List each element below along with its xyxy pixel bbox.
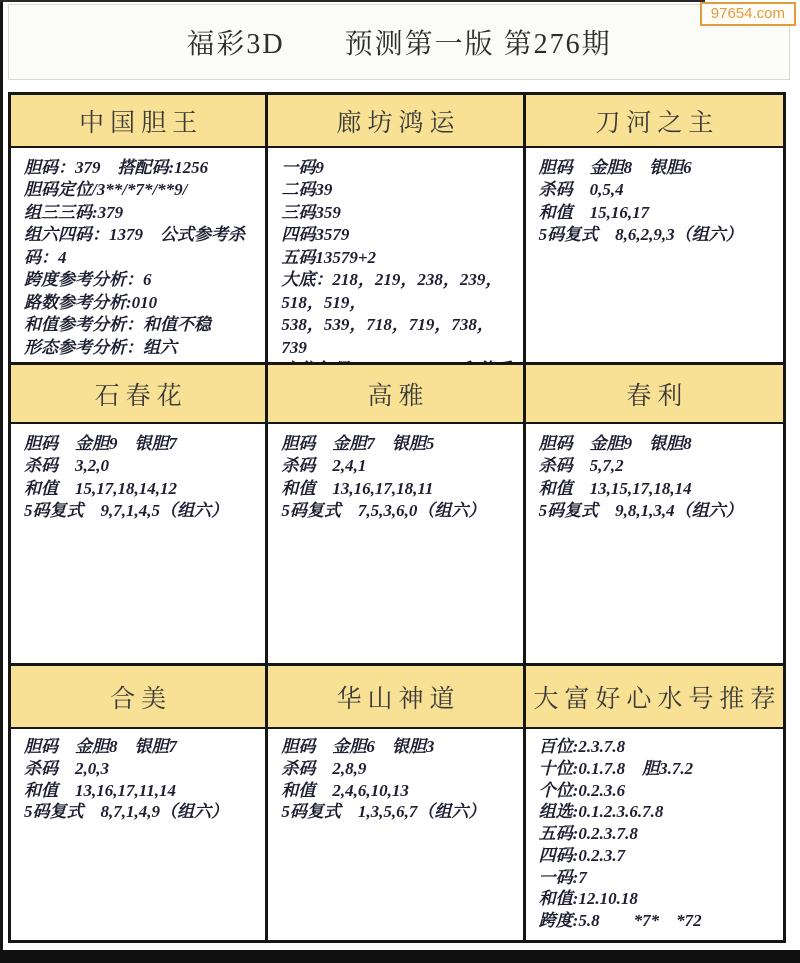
prediction-line: 五码13579+2 bbox=[281, 247, 514, 269]
cell-title: 石春花 bbox=[11, 365, 265, 424]
prediction-line: 四码3579 bbox=[281, 224, 514, 246]
prediction-line: 538，539，718，719，738，739 bbox=[281, 314, 514, 359]
prediction-line: 5码复式 1,3,5,6,7（组六） bbox=[281, 801, 514, 823]
prediction-line: 跨度:5.8 *7* *72 bbox=[539, 910, 775, 932]
cell-title: 高雅 bbox=[268, 365, 522, 424]
prediction-line: 胆码 金胆8 银胆6 bbox=[539, 157, 775, 179]
cell-title: 中国胆王 bbox=[11, 95, 265, 148]
prediction-line: 胆码 金胆6 银胆3 bbox=[281, 736, 514, 758]
prediction-line: 路数参考分析:010 bbox=[24, 292, 257, 314]
cell-body: 胆码 金胆7 银胆5杀码 2,4,1和值 13,16,17,18,115码复式 … bbox=[268, 424, 522, 663]
prediction-line: 三码359 bbox=[281, 202, 514, 224]
cell-title: 华山神道 bbox=[268, 666, 522, 729]
prediction-line: 胆码 金胆9 银胆8 bbox=[539, 433, 775, 455]
prediction-line: 胆码 金胆8 银胆7 bbox=[24, 736, 257, 758]
cell-body: 胆码 金胆8 银胆7杀码 2,0,3和值 13,16,17,11,145码复式 … bbox=[11, 729, 265, 940]
prediction-line: 杀码 2,4,1 bbox=[281, 455, 514, 477]
prediction-line: 杀码 5,7,2 bbox=[539, 455, 775, 477]
prediction-line: 胆码定位/3**/*7*/**9/ bbox=[24, 179, 257, 201]
prediction-cell: 廊坊鸿运一码9二码39三码359四码3579五码13579+2大底：218，21… bbox=[268, 95, 525, 365]
prediction-line: 和值 15,16,17 bbox=[539, 202, 775, 224]
cell-body: 胆码：379 搭配码:1256胆码定位/3**/*7*/**9/组三三码:379… bbox=[11, 148, 265, 362]
prediction-line: 大底：218，219，238，239，518，519， bbox=[281, 269, 514, 314]
prediction-line: 四码:0.2.3.7 bbox=[539, 845, 775, 867]
prediction-line: 一码:7 bbox=[539, 867, 775, 889]
cell-title: 廊坊鸿运 bbox=[268, 95, 522, 148]
prediction-line: 杀码 0,5,4 bbox=[539, 179, 775, 201]
prediction-line: 杀码 2,0,3 bbox=[24, 758, 257, 780]
prediction-line: 和值 2,4,6,10,13 bbox=[281, 780, 514, 802]
prediction-line: 5码复式 7,5,3,6,0（组六） bbox=[281, 500, 514, 522]
prediction-line: 形态参考分析：组六 bbox=[24, 337, 257, 359]
cell-body: 胆码 金胆9 银胆7杀码 3,2,0和值 15,17,18,14,125码复式 … bbox=[11, 424, 265, 663]
prediction-line: 五码:0.2.3.7.8 bbox=[539, 823, 775, 845]
prediction-cell: 春利胆码 金胆9 银胆8杀码 5,7,2和值 13,15,17,18,145码复… bbox=[526, 365, 783, 666]
prediction-line: 杀码 2,8,9 bbox=[281, 758, 514, 780]
prediction-cell: 合美胆码 金胆8 银胆7杀码 2,0,3和值 13,16,17,11,145码复… bbox=[11, 666, 268, 940]
prediction-line: 组选:0.1.2.3.6.7.8 bbox=[539, 801, 775, 823]
prediction-line: 百位:2.3.7.8 bbox=[539, 736, 775, 758]
prediction-line: 5码复式 9,8,1,3,4（组六） bbox=[539, 500, 775, 522]
prediction-line: 胆码 金胆9 银胆7 bbox=[24, 433, 257, 455]
prediction-line: 和值 13,15,17,18,14 bbox=[539, 478, 775, 500]
prediction-cell: 大富好心水号推荐百位:2.3.7.8十位:0.1.7.8 胆3.7.2个位:0.… bbox=[526, 666, 783, 940]
cell-title: 合美 bbox=[11, 666, 265, 729]
page-left-border bbox=[0, 0, 3, 963]
prediction-line: 和值 15,17,18,14,12 bbox=[24, 478, 257, 500]
page-title: 福彩3D 预测第一版 第276期 bbox=[186, 22, 611, 62]
prediction-grid: 中国胆王胆码：379 搭配码:1256胆码定位/3**/*7*/**9/组三三码… bbox=[8, 92, 786, 943]
prediction-cell: 华山神道胆码 金胆6 银胆3杀码 2,8,9和值 2,4,6,10,135码复式… bbox=[268, 666, 525, 940]
prediction-line: 和值 13,16,17,11,14 bbox=[24, 780, 257, 802]
prediction-line: 和值 13,16,17,18,11 bbox=[281, 478, 514, 500]
prediction-line: 个位:0.2.3.6 bbox=[539, 780, 775, 802]
prediction-line: 5码复式 8,6,2,9,3（组六） bbox=[539, 224, 775, 246]
prediction-line: 胆码 金胆7 银胆5 bbox=[281, 433, 514, 455]
prediction-line: 5码复式 8,7,1,4,9（组六） bbox=[24, 801, 257, 823]
cell-body: 一码9二码39三码359四码3579五码13579+2大底：218，219，23… bbox=[268, 148, 522, 365]
cell-title: 刀河之主 bbox=[526, 95, 783, 148]
prediction-cell: 中国胆王胆码：379 搭配码:1256胆码定位/3**/*7*/**9/组三三码… bbox=[11, 95, 268, 365]
prediction-line: 5码复式 9,7,1,4,5（组六） bbox=[24, 500, 257, 522]
prediction-line: 组三三码:379 bbox=[24, 202, 257, 224]
page-top-border bbox=[0, 0, 705, 2]
prediction-line: 和值:12.10.18 bbox=[539, 888, 775, 910]
prediction-line: 一码9 bbox=[281, 157, 514, 179]
cell-title: 大富好心水号推荐 bbox=[526, 666, 783, 729]
watermark-badge: 97654.com bbox=[700, 2, 796, 26]
cell-body: 胆码 金胆6 银胆3杀码 2,8,9和值 2,4,6,10,135码复式 1,3… bbox=[268, 729, 522, 940]
prediction-cell: 刀河之主胆码 金胆8 银胆6杀码 0,5,4和值 15,16,175码复式 8,… bbox=[526, 95, 783, 365]
prediction-line: 十位:0.1.7.8 胆3.7.2 bbox=[539, 758, 775, 780]
prediction-line: 胆码：379 搭配码:1256 bbox=[24, 157, 257, 179]
prediction-line: 二码39 bbox=[281, 179, 514, 201]
cell-title: 春利 bbox=[526, 365, 783, 424]
cell-body: 胆码 金胆9 银胆8杀码 5,7,2和值 13,15,17,18,145码复式 … bbox=[526, 424, 783, 663]
prediction-line: 组六四码：1379 公式参考杀码：4 bbox=[24, 224, 257, 269]
cell-body: 胆码 金胆8 银胆6杀码 0,5,4和值 15,16,175码复式 8,6,2,… bbox=[526, 148, 783, 362]
prediction-line: 跨度参考分析：6 bbox=[24, 269, 257, 291]
cell-body: 百位:2.3.7.8十位:0.1.7.8 胆3.7.2个位:0.2.3.6组选:… bbox=[526, 729, 783, 940]
prediction-line: 杀码 3,2,0 bbox=[24, 455, 257, 477]
prediction-cell: 高雅胆码 金胆7 银胆5杀码 2,4,1和值 13,16,17,18,115码复… bbox=[268, 365, 525, 666]
title-panel: 福彩3D 预测第一版 第276期 bbox=[8, 4, 790, 80]
prediction-cell: 石春花胆码 金胆9 银胆7杀码 3,2,0和值 15,17,18,14,125码… bbox=[11, 365, 268, 666]
page-bottom-border bbox=[0, 950, 800, 963]
prediction-line: 和值参考分析：和值不稳 bbox=[24, 314, 257, 336]
